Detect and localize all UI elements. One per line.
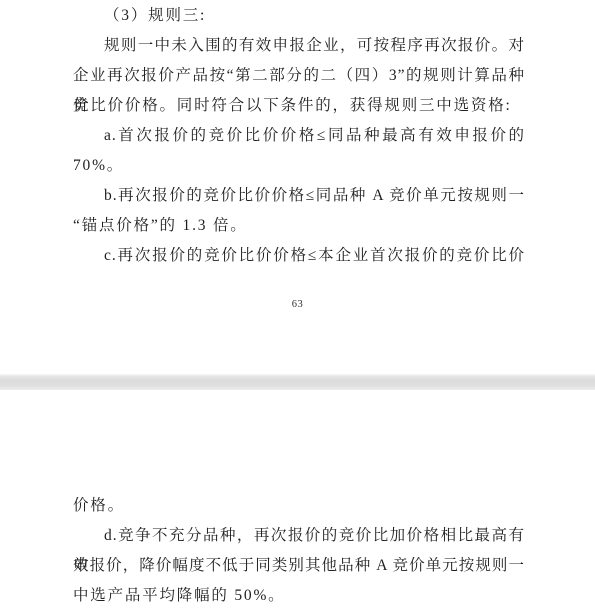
pdf-page-64: 价格。 d.竞争不充分品种，再次报价的竞价比加价格相比最高有效 申报价，降价幅度… [0, 390, 595, 611]
pdf-page-63: （3）规则三: 规则一中未入围的有效申报企业，可按程序再次报价。对 企业再次报价… [0, 0, 595, 374]
page-64-text-block: 价格。 d.竞争不充分品种，再次报价的竞价比加价格相比最高有效 申报价，降价幅度… [73, 491, 525, 611]
text-line: 价格。 [73, 491, 525, 521]
text-line: 申报价，降价幅度不低于同类别其他品种 A 竞价单元按规则一 [73, 551, 525, 581]
text-line: d.竞争不充分品种，再次报价的竞价比加价格相比最高有效 [73, 521, 525, 551]
text-line: a.首次报价的竞价比价价格≤同品种最高有效申报价的 [73, 121, 525, 151]
text-line: 价比价价格。同时符合以下条件的，获得规则三中选资格: [73, 91, 525, 121]
page-number: 63 [0, 299, 595, 310]
text-line: 中选产品平均降幅的 50%。 [73, 581, 525, 611]
text-line: “锚点价格”的 1.3 倍。 [73, 211, 525, 241]
text-line: 70%。 [73, 151, 525, 181]
text-line: 企业再次报价产品按“第二部分的二（四）3”的规则计算品种竞 [73, 61, 525, 91]
text-line: b.再次报价的竞价比价价格≤同品种 A 竞价单元按规则一 [73, 181, 525, 211]
page-63-text-block: （3）规则三: 规则一中未入围的有效申报企业，可按程序再次报价。对 企业再次报价… [73, 1, 525, 271]
text-line: 规则一中未入围的有效申报企业，可按程序再次报价。对 [73, 31, 525, 61]
text-line: （3）规则三: [73, 1, 525, 31]
page-break-separator [0, 374, 595, 390]
document-viewer: （3）规则三: 规则一中未入围的有效申报企业，可按程序再次报价。对 企业再次报价… [0, 0, 595, 611]
text-line: c.再次报价的竞价比价价格≤本企业首次报价的竞价比价 [73, 241, 525, 271]
